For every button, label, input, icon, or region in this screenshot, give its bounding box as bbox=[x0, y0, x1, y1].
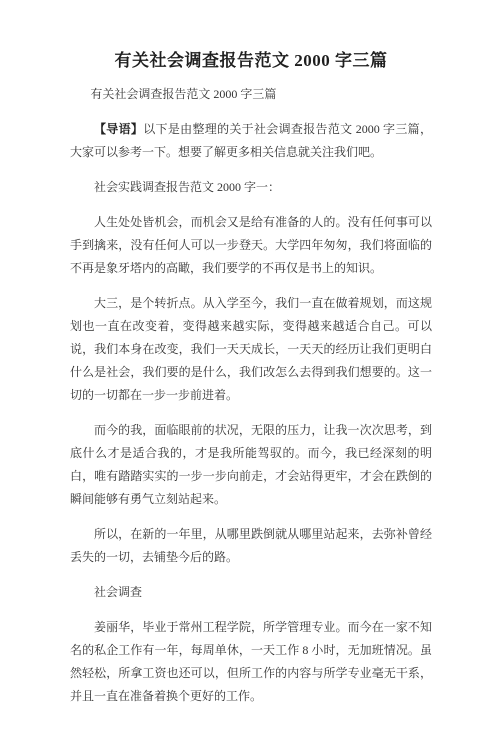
document-subtitle: 有关社会调查报告范文 2000 字三篇 bbox=[70, 85, 432, 102]
paragraph-3: 而今的我，面临眼前的状况，无限的压力，让我一次次思考，到底什么才是适合我的，才是… bbox=[70, 419, 432, 511]
lead-paragraph: 【导语】以下是由整理的关于社会调查报告范文 2000 字三篇，大家可以参考一下。… bbox=[70, 118, 432, 164]
section-heading-report-one: 社会实践调查报告范文 2000 字一： bbox=[70, 176, 432, 199]
section-heading-social-survey: 社会调查 bbox=[70, 581, 432, 604]
lead-label: 【导语】 bbox=[94, 122, 143, 136]
paragraph-4: 所以，在新的一年里，从哪里跌倒就从哪里站起来，去弥补曾经丢失的一切，去铺垫今后的… bbox=[70, 523, 432, 569]
closing-paragraph: 姜丽华，毕业于常州工程学院，所学管理专业。而今在一家不知名的私企工作有一年，每周… bbox=[70, 616, 432, 708]
paragraph-1: 人生处处皆机会，而机会又是给有准备的人的。没有任何事可以手到擒来，没有任何人可以… bbox=[70, 211, 432, 280]
paragraph-2: 大三，是个转折点。从入学至今，我们一直在做着规划，而这规划也一直在改变着，变得越… bbox=[70, 292, 432, 407]
document-title: 有关社会调查报告范文 2000 字三篇 bbox=[70, 46, 432, 71]
document-page: 有关社会调查报告范文 2000 字三篇 有关社会调查报告范文 2000 字三篇 … bbox=[0, 0, 500, 750]
